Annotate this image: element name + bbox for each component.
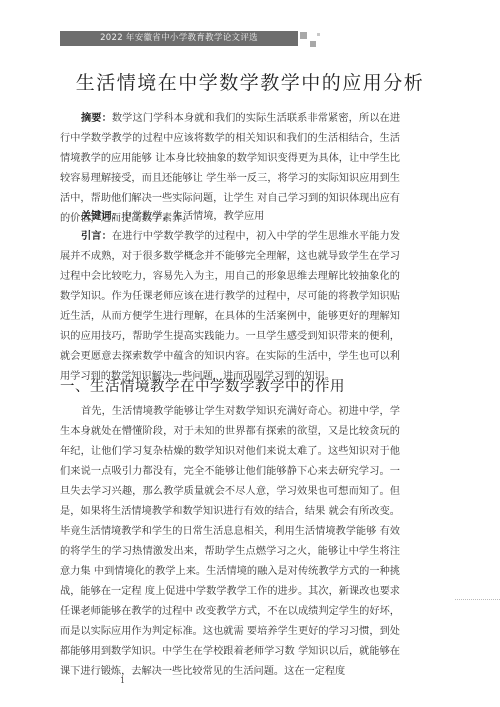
introduction: 引言：在进行中学数学教学的过程中，初入中学的学生思维水平能力发展并不成熟，对于很… — [60, 227, 400, 387]
keywords-label: 关键词： — [81, 211, 122, 222]
section-paragraph: 首先，生活情境教学能够让学生对数学知识充满好奇心。初进中学，学生本身就处在懵懂阶… — [60, 402, 400, 682]
dotted-divider — [455, 599, 500, 600]
introduction-text: 在进行中学数学教学的过程中，初入中学的学生思维水平能力发展并不成熟，对于很多数学… — [60, 231, 400, 382]
decorative-square — [310, 41, 316, 47]
abstract-label: 摘要： — [81, 113, 112, 124]
decorative-square — [317, 33, 320, 36]
decorative-square — [300, 32, 307, 39]
keywords: 关键词：中学数学，生活情境，教学应用 — [60, 207, 400, 227]
header-band: 2022 年安徽省中小学教育教学论文评选 — [60, 31, 298, 46]
header-band-text: 2022 年安徽省中小学教育教学论文评选 — [60, 31, 298, 46]
section-heading: 一、生活情境教学在中学数学教学中的作用 — [60, 375, 345, 396]
paper-title: 生活情境在中学数学教学中的应用分析 — [0, 68, 500, 95]
page-number: 1 — [120, 676, 125, 685]
keywords-text: 中学数学，生活情境，教学应用 — [122, 211, 265, 222]
introduction-label: 引言： — [81, 231, 112, 242]
